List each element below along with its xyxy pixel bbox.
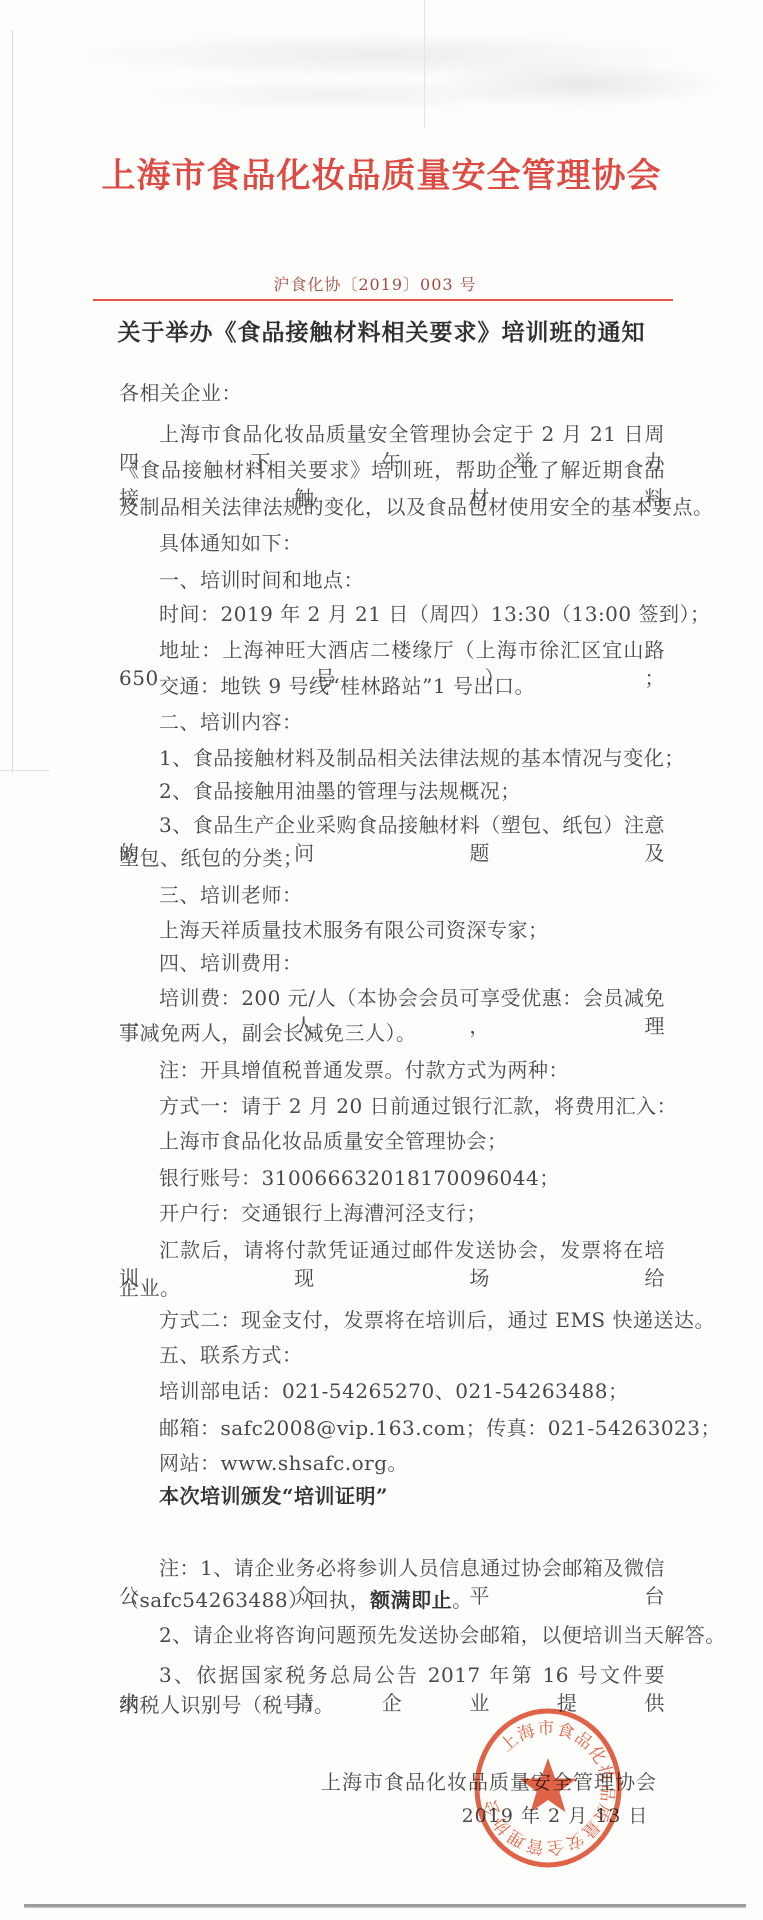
scanned-notice-page: 上海市食品化妆品质量安全管理协会 沪食化协〔2019〕003 号 关于举办《食品… [0,0,763,1920]
red-divider-line [93,299,673,301]
text-line: 企业。 [119,1274,665,1302]
seal-star-icon [520,1758,577,1812]
section-2-heading: 二、培训内容： [119,708,665,736]
note-2-line: 2、请企业将咨询问题预先发送协会邮箱，以便培训当天解答。 [119,1621,665,1649]
page-crease-line [424,0,425,128]
note-1-line: 注：1、请企业务必将参训人员信息通过协会邮箱及微信公众平台 [119,1554,665,1582]
bleedthrough-smudge [430,60,730,108]
salutation-line: 各相关企业： [119,379,665,407]
section-1-heading: 一、培训时间和地点： [119,566,665,594]
bank-branch-line: 开户行：交通银行上海漕河泾支行； [119,1199,665,1227]
bleedthrough-smudge [70,32,690,78]
transport-line: 交通：地铁 9 号线“桂林路站”1 号出口。 [119,672,665,700]
quota-bold-text: 额满即止 [370,1588,452,1612]
section-5-heading: 五、联系方式： [119,1341,665,1369]
note-3-line: 3、依据国家税务总局公告 2017 年第 16 号文件要求，请企业提供 [119,1661,665,1689]
association-title: 上海市食品化妆品质量安全管理协会 [0,148,763,197]
text-line: 汇款后，请将付款凭证通过邮件发送协会，发票将在培训现场给 [119,1236,665,1264]
note-text: 。 [452,1588,473,1612]
section-4-heading: 四、培训费用： [119,949,665,977]
payee-line: 上海市食品化妆品质量安全管理协会； [119,1127,665,1155]
text-line: 具体通知如下： [119,529,665,557]
scan-seam-line [0,770,50,771]
content-item-2: 2、食品接触用油墨的管理与法规概况； [119,777,665,805]
content-item-1: 1、食品接触材料及制品相关法律法规的基本情况与变化； [119,744,665,772]
invoice-note-line: 注：开具增值税普通发票。付款方式为两种： [119,1056,665,1084]
content-item-3: 3、食品生产企业采购食品接触材料（塑包、纸包）注意的问题及 [119,811,665,839]
text-line: 上海市食品化妆品质量安全管理协会定于 2 月 21 日周四下午举办 [119,420,665,448]
training-time-line: 时间：2019 年 2 月 21 日（周四）13:30（13:00 签到）； [119,600,665,628]
training-address-line: 地址：上海神旺大酒店二楼缘厅（上海市徐汇区宜山路 650 号）； [119,636,665,664]
official-seal: 上海市食品化妆品质量安全管理协会 [463,1700,633,1880]
payment-method-1-line: 方式一：请于 2 月 20 日前通过银行汇款，将费用汇入： [119,1092,665,1120]
notice-title: 关于举办《食品接触材料相关要求》培训班的通知 [0,314,763,347]
note-1-continued-line: （safc54263488）回执，额满即止。 [119,1586,665,1614]
note-text: （safc54263488）回执， [119,1588,370,1612]
fee-line: 培训费：200 元/人（本协会会员可享受优惠：会员减免一人，理 [119,984,665,1012]
bleedthrough-smudge [130,78,550,112]
document-number: 沪食化协〔2019〕003 号 [0,272,750,295]
text-line: 《食品接触材料相关要求》培训班，帮助企业了解近期食品接触材料 [119,456,665,484]
section-3-heading: 三、培训老师： [119,881,665,909]
trainer-line: 上海天祥质量技术服务有限公司资深专家； [119,916,665,944]
page-left-edge-line [12,30,13,773]
page-bottom-edge-shadow [24,1904,746,1907]
website-line: 网站：www.shsafc.org。 [119,1449,665,1477]
text-line: 及制品相关法律法规的变化，以及食品包材使用安全的基本要点。 [119,493,665,521]
text-line: 事减免两人，副会长减免三人）。 [119,1019,665,1047]
payment-method-2-line: 方式二：现金支付，发票将在培训后，通过 EMS 快递送达。 [119,1306,665,1334]
email-fax-line: 邮箱：safc2008@vip.163.com；传真：021-54263023； [119,1414,665,1442]
text-line: 塑包、纸包的分类； [119,844,665,872]
certificate-bold-line: 本次培训颁发“培训证明” [119,1482,665,1510]
phone-line: 培训部电话：021-54265270、021-54263488； [119,1377,665,1405]
bank-account-line: 银行账号：310066632018170096044； [119,1164,665,1192]
